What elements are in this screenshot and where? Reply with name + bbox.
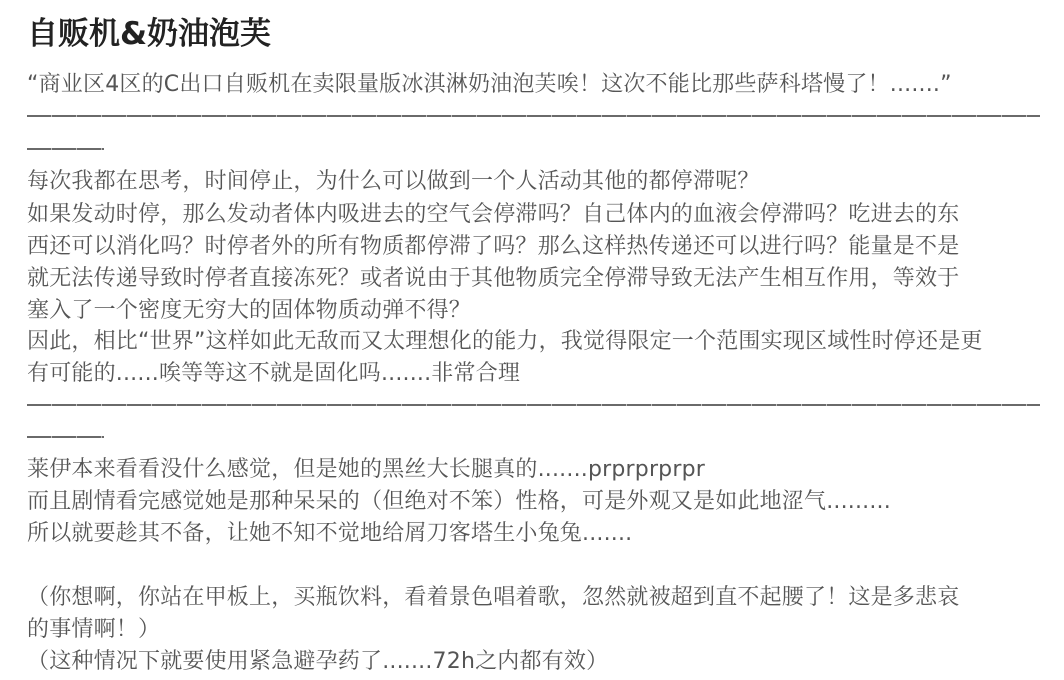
article-title: 自贩机&奶油泡芙 [27, 12, 271, 56]
paragraph-line: 每次我都在思考，时间停止，为什么可以做到一个人活动其他的都停滞呢？ [27, 166, 760, 198]
paragraph-line: 就无法传递导致时停者直接冻死？或者说由于其他物质完全停滞导致无法产生相互作用，等… [27, 263, 959, 295]
paragraph-line: 因此，相比“世界”这样如此无敌而又太理想化的能力，我觉得限定一个范围实现区域性时… [27, 326, 983, 358]
paragraph-line: 莱伊本来看看没什么感觉，但是她的黑丝大长腿真的.......prprprprpr [27, 454, 705, 486]
paragraph-line: 有可能的......唉等等这不就是固化吗.......非常合理 [27, 358, 520, 390]
quote-line: “商业区4区的C出口自贩机在卖限量版冰淇淋奶油泡芙唉！这次不能比那些萨科塔慢了！… [27, 69, 952, 101]
paragraph-line: 的事情啊！） [27, 614, 160, 646]
separator-line [27, 115, 1040, 117]
paragraph-line: （你想啊，你站在甲板上，买瓶饮料，看着景色唱着歌，忽然就被超到直不起腰了！这是多… [27, 582, 959, 614]
paragraph-line: 如果发动时停，那么发动者体内吸进去的空气会停滞吗？自己体内的血液会停滞吗？吃进去… [27, 199, 959, 231]
paragraph-line: 西还可以消化吗？时停者外的所有物质都停滞了吗？那么这样热传递还可以进行吗？能量是… [27, 231, 959, 263]
separator-line-tail [27, 148, 104, 150]
paragraph-line: （这种情况下就要使用紧急避孕药了.......72h之内都有效） [27, 646, 608, 678]
separator-line [27, 404, 1040, 406]
paragraph-line: 而且剧情看完感觉她是那种呆呆的（但绝对不笨）性格，可是外观又是如此地涩气....… [27, 486, 891, 518]
paragraph-line: 塞入了一个密度无穷大的固体物质动弹不得？ [27, 295, 471, 327]
paragraph-line: 所以就要趁其不备，让她不知不觉地给屑刀客塔生小兔兔....... [27, 518, 632, 550]
separator-line-tail [27, 436, 104, 438]
